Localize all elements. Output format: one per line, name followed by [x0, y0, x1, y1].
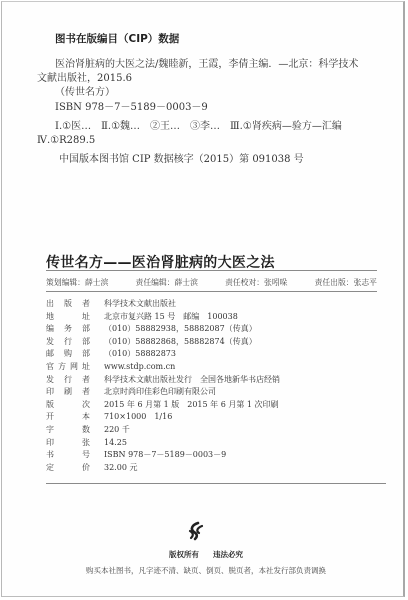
- info-label: 发行部: [46, 336, 90, 349]
- info-label-char: 版: [64, 298, 72, 311]
- info-label-char: 版: [46, 399, 54, 412]
- rights-reserved: 版权所有: [169, 550, 199, 559]
- info-row: 编务部（010）58882938，58882087（传真）: [46, 323, 280, 336]
- info-label: 书号: [46, 449, 90, 462]
- info-label-char: 地: [46, 311, 54, 324]
- info-value: www.stdp.com.cn: [104, 361, 175, 374]
- planning-editor: 策划编辑：薛士滨: [46, 277, 108, 288]
- info-label: 邮购部: [46, 348, 90, 361]
- info-label-char: 刷: [64, 386, 72, 399]
- info-label-char: 印: [46, 437, 54, 450]
- book-title: 传世名方——医治肾脏病的大医之法: [46, 252, 275, 272]
- info-label-char: 方: [58, 361, 66, 374]
- replacement-notice: 购买本社图书，凡字迹不清、缺页、倒页、脱页者，本社发行部负责调换: [2, 565, 408, 576]
- info-label: 字数: [46, 424, 90, 437]
- cip-line-2: 文献出版社，2015.6: [37, 72, 132, 85]
- publisher-logo-icon: [185, 521, 207, 543]
- info-row: 地址北京市复兴路 15 号 邮编 100038: [46, 311, 280, 324]
- info-label-char: 号: [82, 449, 90, 462]
- info-row: 印刷者北京时尚印佳彩色印刷有限公司: [46, 386, 280, 399]
- cip-classification: Ⅰ.①医… Ⅱ.①魏… ②王… ③李… Ⅲ.①肾疾病—验方—汇编: [55, 120, 342, 133]
- info-label: 地址: [46, 311, 90, 324]
- info-label: 出版者: [46, 298, 90, 311]
- info-row: 版次2015 年 6 月第 1 版 2015 年 6 月第 1 次印刷: [46, 399, 280, 412]
- info-label-char: 者: [82, 374, 90, 387]
- info-label-char: 官: [46, 361, 54, 374]
- production-manager: 责任出版：张志平: [315, 277, 377, 288]
- info-label: 版次: [46, 399, 90, 412]
- proofreader: 责任校对：张吲哚: [225, 277, 287, 288]
- info-label-char: 者: [82, 386, 90, 399]
- info-value: ISBN 978－7－5189－0003－9: [104, 449, 226, 462]
- info-label-char: 出: [46, 298, 54, 311]
- cip-series: （传世名方）: [55, 86, 115, 99]
- info-label-char: 部: [82, 336, 90, 349]
- info-label-char: 书: [46, 449, 54, 462]
- info-value: 北京市复兴路 15 号 邮编 100038: [104, 311, 238, 324]
- info-row: 印张14.25: [46, 437, 280, 450]
- info-label-char: 发: [46, 336, 54, 349]
- cip-classification-2: Ⅳ.①R289.5: [37, 134, 95, 147]
- info-value: （010）58882873: [104, 348, 176, 361]
- info-value: 北京时尚印佳彩色印刷有限公司: [104, 386, 216, 399]
- info-value: 科学技术文献出版社: [104, 298, 176, 311]
- info-label-char: 网: [70, 361, 78, 374]
- info-label-char: 字: [46, 424, 54, 437]
- info-row: 发行者科学技术文献出版社发行 全国各地新华书店经销: [46, 374, 280, 387]
- info-label-char: 邮: [46, 348, 54, 361]
- info-label-char: 本: [82, 411, 90, 424]
- info-value: 32.00 元: [104, 462, 137, 475]
- info-label: 官方网址: [46, 361, 90, 374]
- info-row: 官方网址www.stdp.com.cn: [46, 361, 280, 374]
- info-row: 字数220 千: [46, 424, 280, 437]
- info-label-char: 张: [82, 437, 90, 450]
- info-label-char: 部: [82, 323, 90, 336]
- copyright-page: 图书在版编目（CIP）数据 医治肾脏病的大医之法/魏睦新，王霞，李倩主编．—北京…: [1, 1, 405, 597]
- info-label-char: 编: [46, 323, 54, 336]
- info-label-char: 行: [64, 374, 72, 387]
- cip-library-record: 中国版本图书馆 CIP 数据核字（2015）第 091038 号: [59, 153, 304, 166]
- info-label-char: 次: [82, 399, 90, 412]
- info-label: 定价: [46, 462, 90, 475]
- info-row: 发行部（010）58882868，58882874（传真）: [46, 336, 280, 349]
- info-row: 出版者科学技术文献出版社: [46, 298, 280, 311]
- info-label-char: 址: [82, 311, 90, 324]
- info-row: 邮购部（010）58882873: [46, 348, 280, 361]
- info-label-char: 购: [64, 348, 72, 361]
- info-label: 编务部: [46, 323, 90, 336]
- info-value: 710×1000 1/16: [104, 411, 172, 424]
- info-label-char: 开: [46, 411, 54, 424]
- info-row: 书号ISBN 978－7－5189－0003－9: [46, 449, 280, 462]
- info-label: 印张: [46, 437, 90, 450]
- info-label-char: 数: [82, 424, 90, 437]
- info-value: 科学技术文献出版社发行 全国各地新华书店经销: [104, 374, 280, 387]
- editors-row: 策划编辑：薛士滨 责任编辑：薛士滨 责任校对：张吲哚 责任出版：张志平: [46, 277, 377, 288]
- info-label-char: 发: [46, 374, 54, 387]
- info-row: 开本710×1000 1/16: [46, 411, 280, 424]
- responsible-editor: 责任编辑：薛士滨: [136, 277, 198, 288]
- info-value: 14.25: [104, 437, 127, 450]
- info-label: 开本: [46, 411, 90, 424]
- info-label: 发行者: [46, 374, 90, 387]
- info-value: 220 千: [104, 424, 130, 437]
- divider-top: [46, 270, 377, 271]
- info-label-char: 价: [82, 462, 90, 475]
- cip-heading: 图书在版编目（CIP）数据: [55, 31, 179, 46]
- info-label-char: 定: [46, 462, 54, 475]
- piracy-warning: 违法必究: [213, 550, 243, 559]
- info-value: （010）58882868，58882874（传真）: [104, 336, 257, 349]
- cip-line-1: 医治肾脏病的大医之法/魏睦新，王霞，李倩主编．—北京：科学技术: [55, 58, 358, 71]
- info-label-char: 务: [64, 323, 72, 336]
- info-label-char: 者: [82, 298, 90, 311]
- info-value: （010）58882938，58882087（传真）: [104, 323, 257, 336]
- info-label-char: 址: [82, 361, 90, 374]
- copyright-notice: 版权所有违法必究: [2, 549, 408, 560]
- info-label-char: 行: [64, 336, 72, 349]
- cip-isbn: ISBN 978－7－5189－0003－9: [55, 101, 208, 114]
- info-label-char: 部: [82, 348, 90, 361]
- info-label-char: 印: [46, 386, 54, 399]
- divider-bottom: [46, 483, 386, 484]
- info-row: 定价32.00 元: [46, 462, 280, 475]
- divider-middle: [46, 291, 377, 292]
- info-label: 印刷者: [46, 386, 90, 399]
- publication-info: 出版者科学技术文献出版社地址北京市复兴路 15 号 邮编 100038编务部（0…: [46, 298, 280, 474]
- info-value: 2015 年 6 月第 1 版 2015 年 6 月第 1 次印刷: [104, 399, 279, 412]
